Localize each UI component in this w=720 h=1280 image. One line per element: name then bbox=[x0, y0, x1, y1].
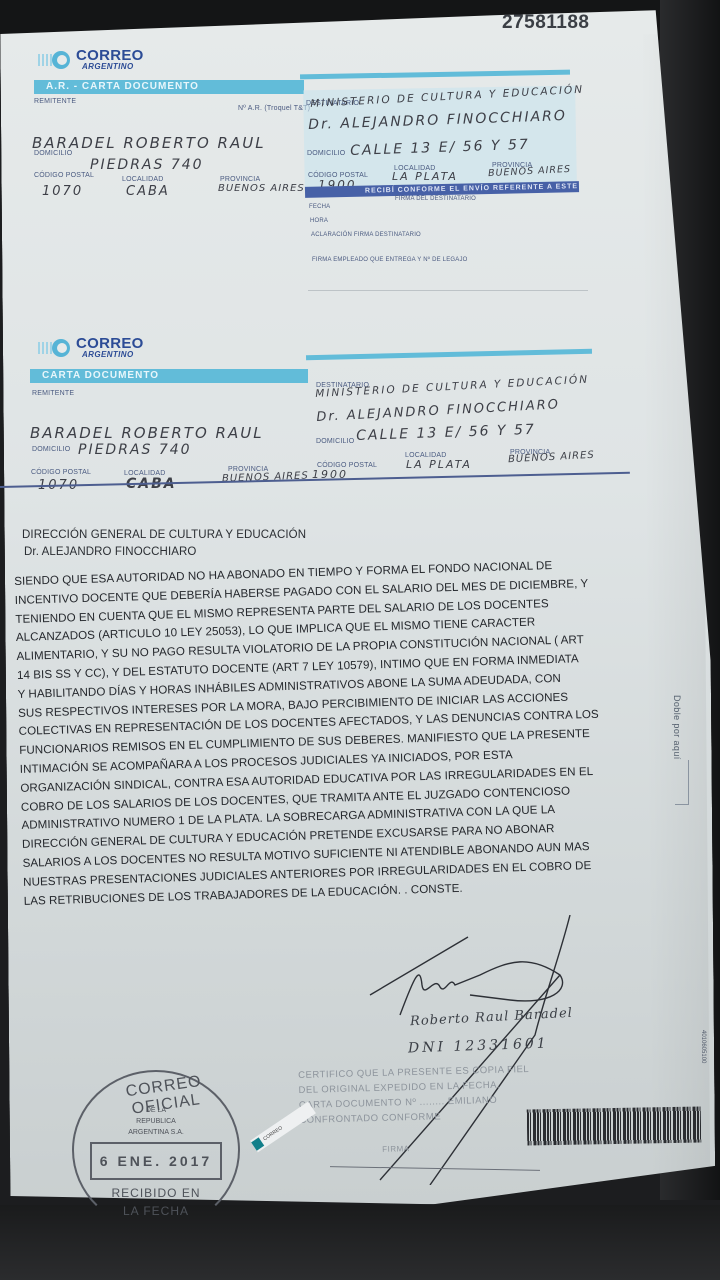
side-code: 4010605100 bbox=[700, 1030, 706, 1063]
correo-logo-icon bbox=[38, 51, 72, 69]
serial-number: 27581188 bbox=[502, 12, 590, 34]
label-cp-2: CÓDIGO POSTAL bbox=[31, 469, 91, 476]
label-domicilio-dest: DOMICILIO bbox=[307, 150, 345, 157]
label-domicilio-2: DOMICILIO bbox=[32, 446, 70, 453]
label-nro-ar: Nº A.R. (Troquel T&T) bbox=[238, 105, 310, 112]
sender-province: BUENOS AIRES bbox=[218, 183, 305, 194]
addressee-line2: Dr. ALEJANDRO FINOCCHIARO bbox=[24, 544, 306, 561]
recipient-city: LA PLATA bbox=[392, 170, 458, 183]
label-codigo-postal: CÓDIGO POSTAL bbox=[34, 172, 94, 179]
label-remitente: REMITENTE bbox=[34, 98, 76, 105]
addressee-line1: DIRECCIÓN GENERAL DE CULTURA Y EDUCACIÓN bbox=[22, 527, 306, 544]
label-firma-empleado: FIRMA EMPLEADO QUE ENTREGA Y Nº DE LEGAJ… bbox=[312, 257, 468, 263]
ar-band-title: A.R. - CARTA DOCUMENTO bbox=[34, 80, 304, 94]
certification-block: CERTIFICO QUE LA PRESENTE ES COPIA FIEL … bbox=[298, 1062, 531, 1159]
letter-body: SIENDO QUE ESA AUTORIDAD NO HA ABONADO E… bbox=[14, 554, 654, 911]
label-provincia: PROVINCIA bbox=[220, 176, 260, 183]
fold-mark bbox=[675, 760, 689, 805]
cd-sender-name: BARADEL ROBERTO RAUL bbox=[30, 424, 264, 442]
label-domicilio: DOMICILIO bbox=[34, 150, 72, 157]
label-remitente-2: REMITENTE bbox=[32, 390, 74, 397]
cd-recipient-city: LA PLATA bbox=[406, 458, 472, 471]
letter-addressee: DIRECCIÓN GENERAL DE CULTURA Y EDUCACIÓN… bbox=[22, 527, 306, 561]
correo-logo-icon bbox=[38, 339, 72, 357]
stamp-date: 6 ENE. 2017 bbox=[90, 1142, 222, 1180]
label-fecha: FECHA bbox=[309, 204, 330, 210]
correo-logo-2: CORREO ARGENTINO bbox=[38, 336, 144, 359]
fold-note: Doble por aquí bbox=[672, 695, 682, 760]
post-office-stamp: CORREO OFICIAL DE LA REPUBLICA ARGENTINA… bbox=[72, 1070, 240, 1230]
barcode-icon bbox=[527, 1106, 702, 1145]
correo-logo: CORREO ARGENTINO bbox=[38, 48, 144, 71]
label-localidad: LOCALIDAD bbox=[122, 176, 163, 183]
label-firma-destinatario: FIRMA DEL DESTINATARIO bbox=[395, 196, 476, 202]
sender-city: CABA bbox=[126, 184, 170, 199]
sender-address: PIEDRAS 740 bbox=[90, 157, 204, 173]
cd-sender-address: PIEDRAS 740 bbox=[78, 442, 192, 458]
label-hora: HORA bbox=[310, 218, 328, 224]
cd-band-title: CARTA DOCUMENTO bbox=[30, 369, 308, 383]
label-domicilio-dest-2: DOMICILIO bbox=[316, 438, 354, 445]
label-aclaracion: ACLARACIÓN FIRMA DESTINATARIO bbox=[311, 232, 421, 238]
sender-postal-code: 1070 bbox=[42, 184, 83, 199]
